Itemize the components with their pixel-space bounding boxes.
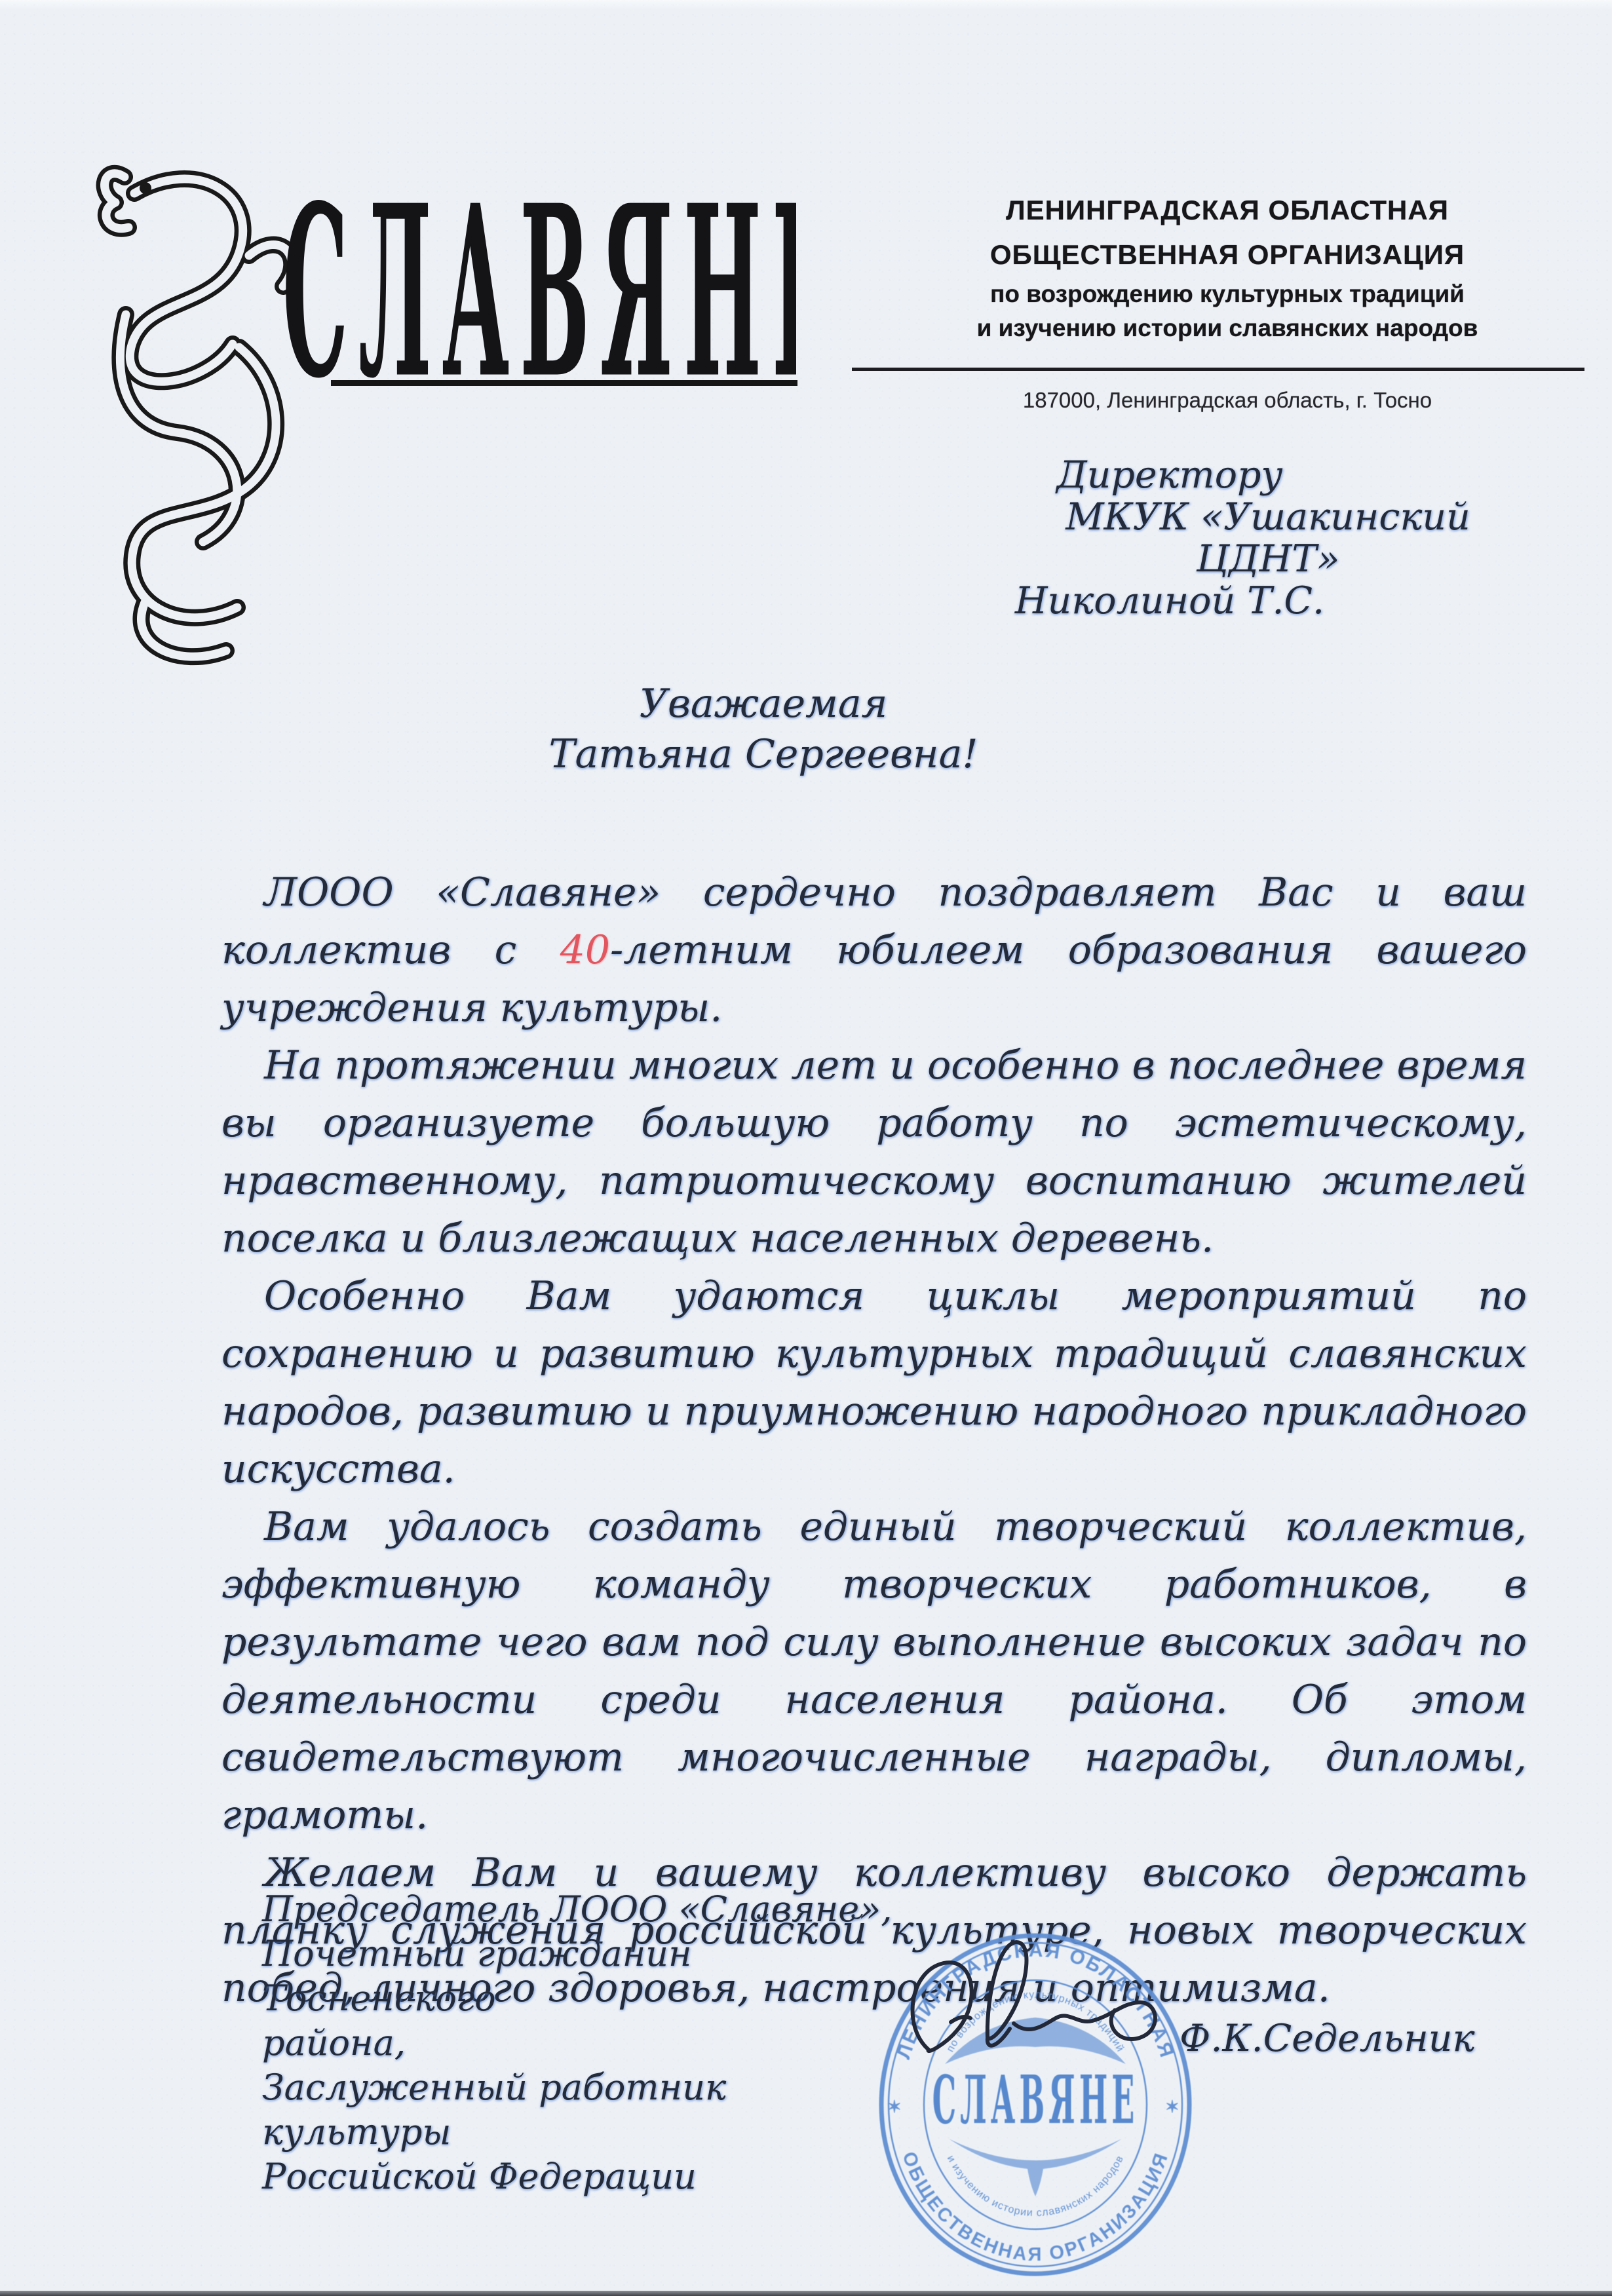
closing-line: района,	[262, 2021, 904, 2065]
org-address: 187000, Ленинградская область, г. Тосно	[872, 388, 1583, 413]
closing-block: Председатель ЛООО «Славяне», Почетный гр…	[262, 1887, 904, 2199]
header-rule	[852, 368, 1584, 371]
body-paragraph: Особенно Вам удаются циклы мероприятий п…	[221, 1267, 1527, 1498]
recipient-block: Директору МКУК «Ушакинский ЦДНТ» Николин…	[1003, 454, 1533, 622]
salutation: Уважаемая Татьяна Сергеевна!	[485, 679, 1042, 780]
paragraph-text: На протяжении многих лет и особенно в по…	[221, 1043, 1527, 1261]
letter-body: ЛООО «Славяне» сердечно поздравляет Вас …	[221, 864, 1527, 2017]
seal-star-left-icon: ✶	[887, 2097, 902, 2116]
body-paragraph: Вам удалось создать единый творческий ко…	[221, 1498, 1527, 1844]
logo-text: СЛАВЯНЕ	[282, 193, 796, 383]
salutation-line1: Уважаемая	[485, 679, 1042, 729]
org-name-line1: ЛЕНИНГРАДСКАЯ ОБЛАСТНАЯ	[872, 188, 1583, 233]
organization-logo: СЛАВЯНЕ	[278, 193, 796, 383]
recipient-person: Николиной Т.С.	[904, 580, 1435, 622]
body-paragraph: ЛООО «Славяне» сердечно поздравляет Вас …	[221, 864, 1527, 1037]
paragraph-text: Вам удалось создать единый творческий ко…	[221, 1504, 1527, 1838]
recipient-organization: МКУК «Ушакинский ЦДНТ»	[1003, 496, 1533, 580]
paragraph-text: Особенно Вам удаются циклы мероприятий п…	[221, 1273, 1527, 1492]
org-header: ЛЕНИНГРАДСКАЯ ОБЛАСТНАЯ ОБЩЕСТВЕННАЯ ОРГ…	[872, 188, 1583, 345]
anniversary-number: 40	[560, 927, 610, 973]
scan-edge-top	[0, 0, 1612, 9]
seal-star-right-icon: ✶	[1165, 2097, 1180, 2116]
closing-line: Председатель ЛООО «Славяне»,	[262, 1887, 904, 1932]
salutation-line2: Татьяна Сергеевна!	[485, 729, 1042, 780]
scanned-letter-page: СЛАВЯНЕ ЛЕНИНГРАДСКАЯ ОБЛАСТНАЯ ОБЩЕСТВЕ…	[0, 0, 1612, 2296]
scan-edge-bottom	[0, 2291, 1612, 2296]
closing-line: Почетный гражданин Тосненского	[262, 1932, 904, 2021]
handwritten-signature	[888, 1925, 1176, 2089]
org-desc-line1: по возрождению культурных традиций	[872, 277, 1583, 311]
signer-name: Ф.К.Седельник	[1180, 2017, 1520, 2060]
logo-underline	[331, 380, 797, 386]
org-name-line2: ОБЩЕСТВЕННАЯ ОРГАНИЗАЦИЯ	[872, 233, 1583, 277]
org-desc-line2: и изучению истории славянских народов	[872, 311, 1583, 345]
body-paragraph: На протяжении многих лет и особенно в по…	[221, 1037, 1527, 1267]
recipient-title: Директору	[904, 454, 1435, 496]
closing-line: Российской Федерации	[262, 2154, 904, 2199]
closing-line: Заслуженный работник культуры	[262, 2065, 904, 2154]
